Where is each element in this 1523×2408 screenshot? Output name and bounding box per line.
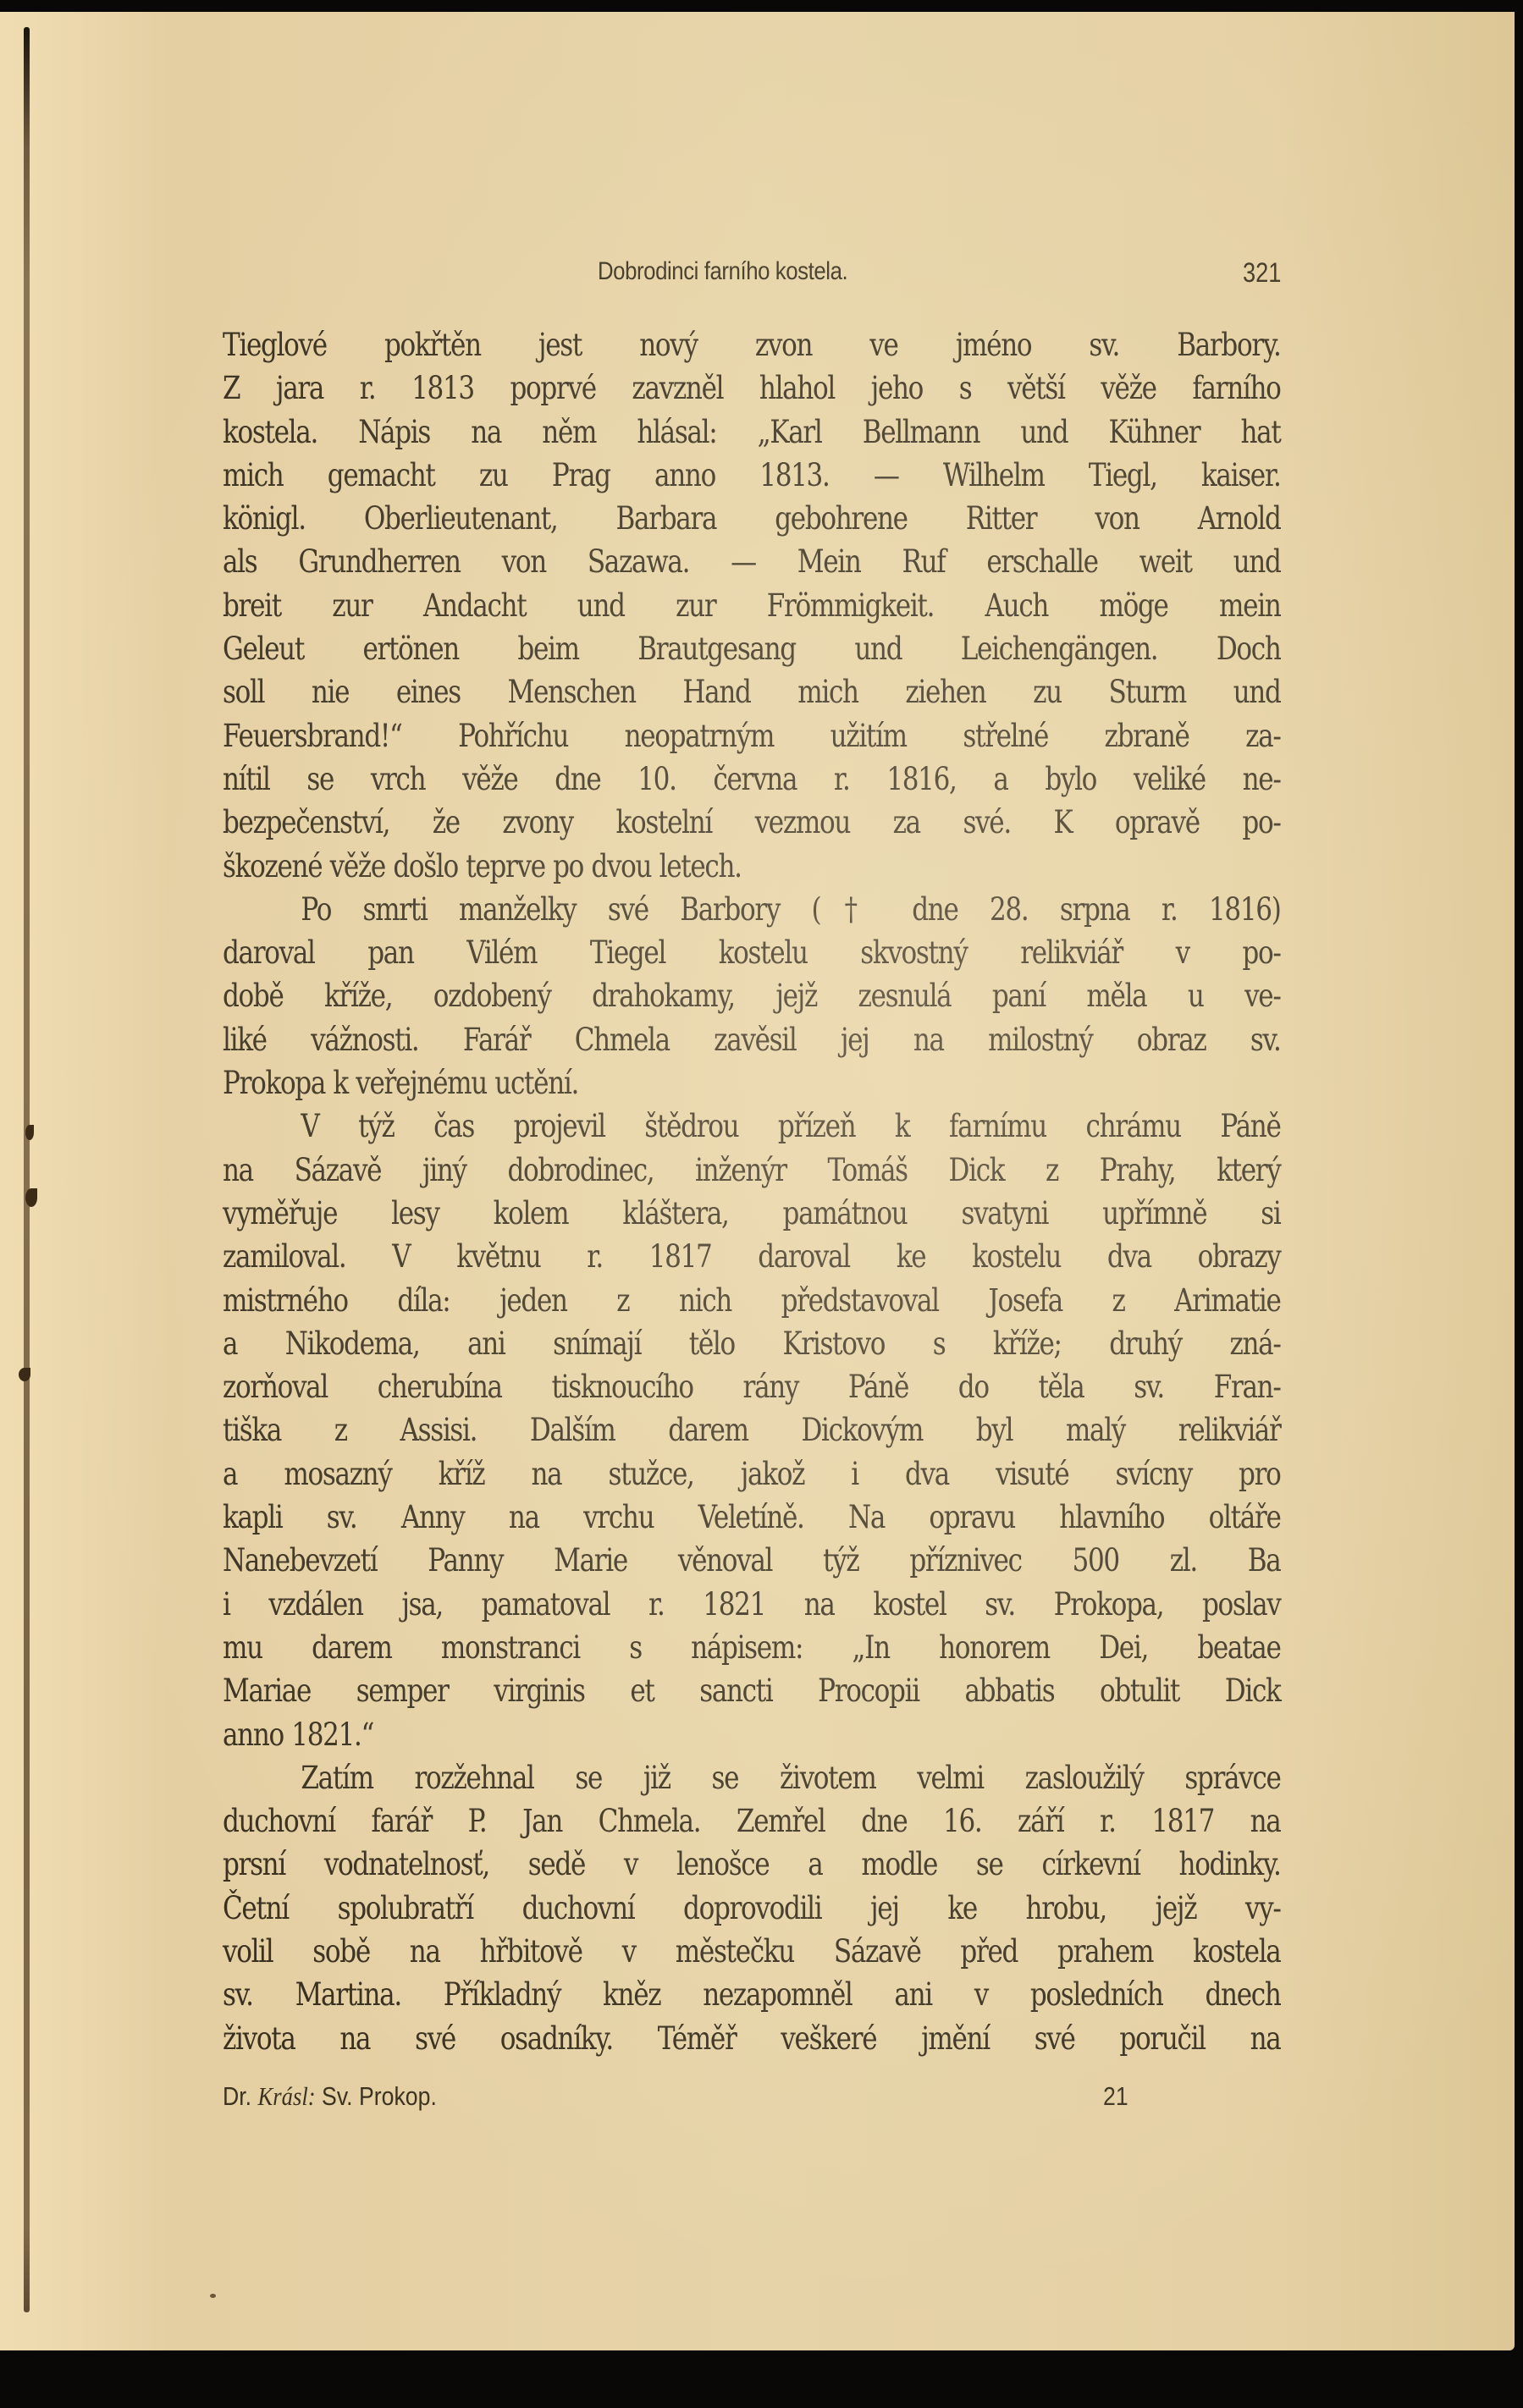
text-line: života na své osadníky. Téměř veškeré jm… xyxy=(223,2017,1281,2060)
footer-title: Sv. Prokop. xyxy=(316,2081,437,2111)
text-line: tiška z Assisi. Dalším darem Dickovým by… xyxy=(223,1408,1281,1452)
page-number: 321 xyxy=(1243,257,1281,289)
body-text: Tieglové pokřtěn jest nový zvon ve jméno… xyxy=(223,323,1281,2060)
text-line: V týž čas projevil štědrou přízeň k farn… xyxy=(223,1105,1281,1148)
page-footer: Dr. Krásl: Sv. Prokop. 21 xyxy=(223,2081,1281,2124)
spine-mark xyxy=(19,1368,30,1381)
text-line: Prokopa k veřejnému uctění. xyxy=(223,1061,1281,1105)
text-line: mich gemacht zu Prag anno 1813. — Wilhel… xyxy=(223,454,1281,497)
text-line: kostela. Nápis na něm hlásal: „Karl Bell… xyxy=(223,411,1281,454)
text-line: Zatím rozžehnal se již se životem velmi … xyxy=(223,1756,1281,1799)
text-line: Četní spolubratří duchovní doprovodili j… xyxy=(223,1887,1281,1930)
page-header: Dobrodinci farního kostela. 321 xyxy=(223,251,1281,301)
running-title: Dobrodinci farního kostela. xyxy=(297,257,1207,286)
text-line: königl. Oberlieutenant, Barbara gebohren… xyxy=(223,497,1281,540)
footer-prefix: Dr. xyxy=(223,2081,257,2111)
text-line: Feuersbrand!“ Pohříchu neopatrným užitím… xyxy=(223,714,1281,758)
text-line: době kříže, ozdobený drahokamy, jejž zes… xyxy=(223,974,1281,1017)
text-line: breit zur Andacht und zur Frömmigkeit. A… xyxy=(223,584,1281,627)
text-line: anno 1821.“ xyxy=(223,1713,1281,1756)
text-line: liké vážnosti. Farář Chmela zavěsil jej … xyxy=(223,1018,1281,1061)
text-line: škozené věže došlo teprve po dvou letech… xyxy=(223,845,1281,888)
text-line: Geleut ertönen beim Brautgesang und Leic… xyxy=(223,627,1281,670)
text-line: prsní vodnatelnosť, sedě v lenošce a mod… xyxy=(223,1843,1281,1886)
text-line: bezpečenství, že zvony kostelní vezmou z… xyxy=(223,801,1281,844)
text-line: mu darem monstranci s nápisem: „In honor… xyxy=(223,1626,1281,1669)
text-line: kapli sv. Anny na vrchu Veletíně. Na opr… xyxy=(223,1496,1281,1539)
signature-mark: 21 xyxy=(1103,2081,1128,2112)
text-line: a Nikodema, ani snímají tělo Kristovo s … xyxy=(223,1322,1281,1365)
footer-signature: Dr. Krásl: Sv. Prokop. xyxy=(223,2081,437,2112)
text-line: duchovní farář P. Jan Chmela. Zemřel dne… xyxy=(223,1799,1281,1843)
text-line: als Grundherren von Sazawa. — Mein Ruf e… xyxy=(223,540,1281,583)
text-line: vyměřuje lesy kolem kláštera, památnou s… xyxy=(223,1192,1281,1235)
text-line: nítil se vrch věže dne 10. června r. 181… xyxy=(223,758,1281,801)
text-line: na Sázavě jiný dobrodinec, inženýr Tomáš… xyxy=(223,1149,1281,1192)
spine-mark xyxy=(25,1125,34,1140)
text-line: Mariae semper virginis et sancti Procopi… xyxy=(223,1669,1281,1712)
text-line: Z jara r. 1813 poprvé zavzněl hlahol jeh… xyxy=(223,366,1281,410)
footer-author: Krásl: xyxy=(257,2081,315,2111)
text-line: Nanebevzetí Panny Marie věnoval týž příz… xyxy=(223,1539,1281,1582)
speck xyxy=(210,2294,216,2298)
text-line: sv. Martina. Příkladný kněz nezapomněl a… xyxy=(223,1973,1281,2016)
text-line: zamiloval. V květnu r. 1817 daroval ke k… xyxy=(223,1235,1281,1278)
spine-mark xyxy=(25,1188,37,1207)
text-line: daroval pan Vilém Tiegel kostelu skvostn… xyxy=(223,931,1281,974)
text-line: Po smrti manželky své Barbory († dne 28.… xyxy=(223,888,1281,931)
text-line: i vzdálen jsa, pamatoval r. 1821 na kost… xyxy=(223,1583,1281,1626)
text-line: mistrného díla: jeden z nich představova… xyxy=(223,1279,1281,1322)
text-line: a mosazný kříž na stužce, jakož i dva vi… xyxy=(223,1452,1281,1496)
text-line: volil sobě na hřbitově v městečku Sázavě… xyxy=(223,1930,1281,1973)
page-spine-edge xyxy=(24,27,30,2312)
text-line: zorňoval cherubína tisknoucího rány Páně… xyxy=(223,1365,1281,1408)
text-line: soll nie eines Menschen Hand mich ziehen… xyxy=(223,670,1281,714)
book-page: Dobrodinci farního kostela. 321 Tieglové… xyxy=(0,12,1515,2350)
text-line: Tieglové pokřtěn jest nový zvon ve jméno… xyxy=(223,323,1281,366)
